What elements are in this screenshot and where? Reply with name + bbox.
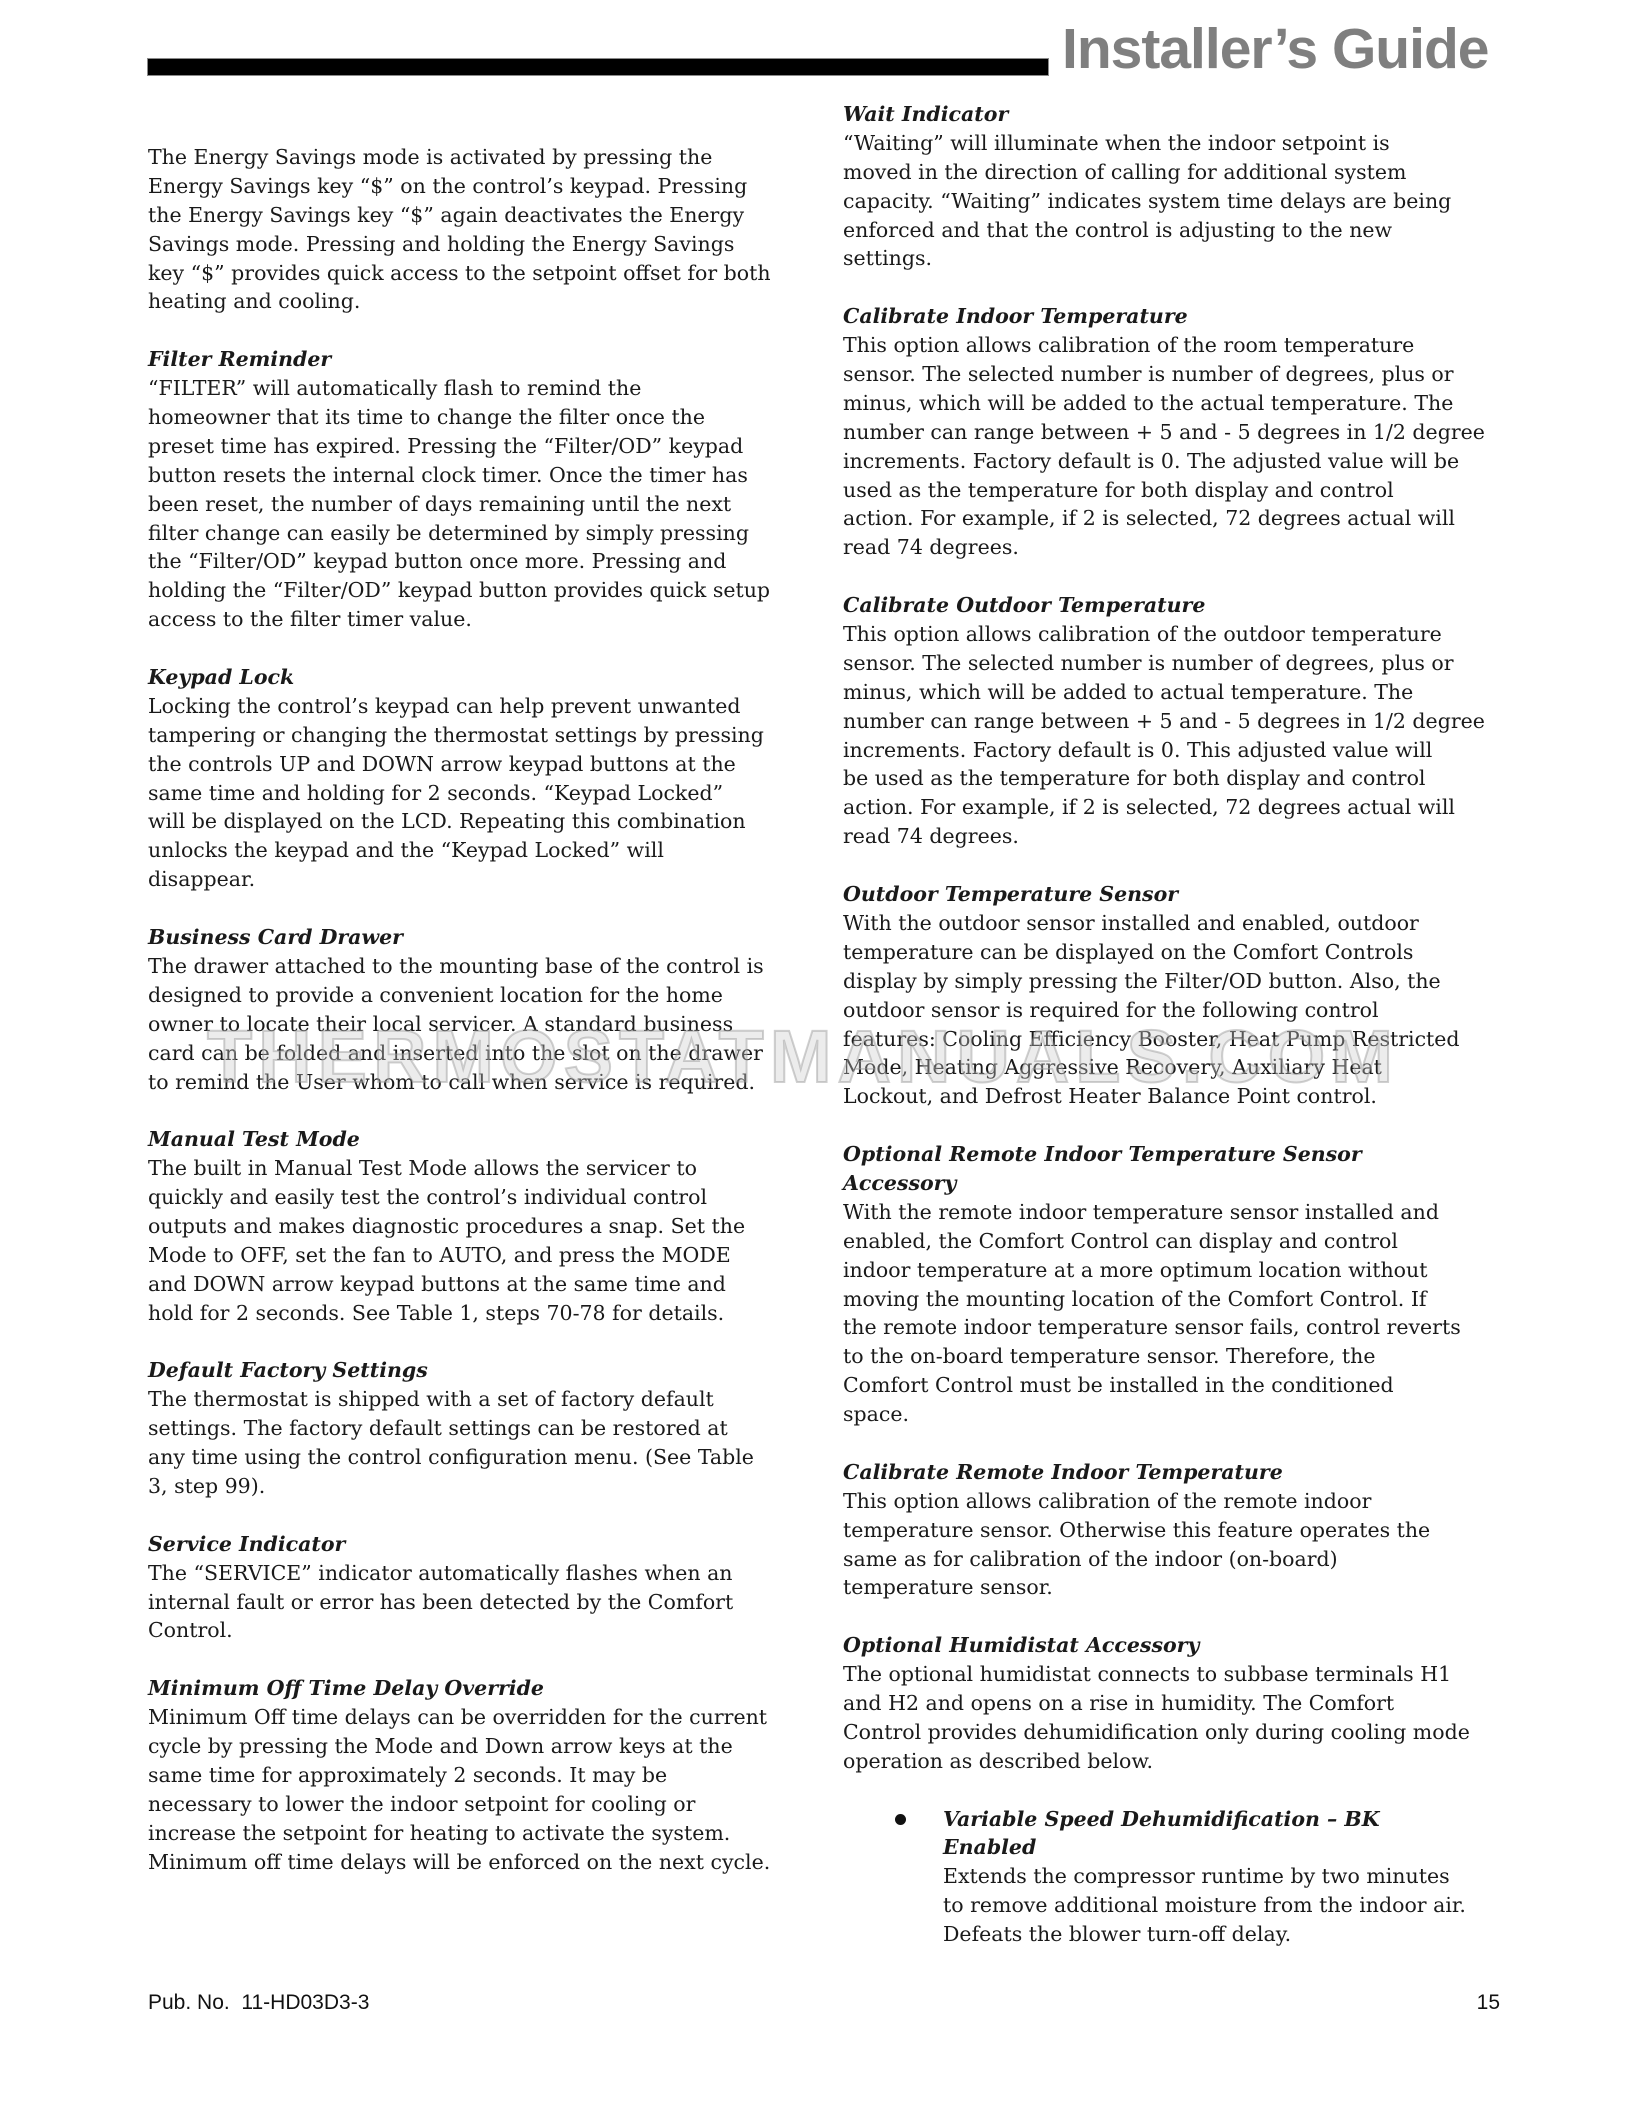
body-line: been reset, the number of days remaining… [148,490,818,519]
body-line: sensor. The selected number is number of… [843,360,1523,389]
body-line: minus, which will be added to the actual… [843,389,1523,418]
body-line: homeowner that its time to change the fi… [148,403,818,432]
body-line: designed to provide a convenient locatio… [148,981,818,1010]
body-line: card can be folded and inserted into the… [148,1039,818,1068]
body-line: read 74 degrees. [843,822,1523,851]
section-minimum-off-time: Minimum Off Time Delay Override Minimum … [148,1674,818,1876]
section-heading: Manual Test Mode [148,1125,818,1154]
body-line: access to the filter timer value. [148,605,818,634]
body-line: and H2 and opens on a rise in humidity. … [843,1689,1523,1718]
body-line: temperature sensor. [843,1573,1523,1602]
body-line: Defeats the blower turn-off delay. [943,1920,1523,1949]
spacer [148,1096,818,1125]
spacer [843,1429,1523,1458]
body-line: the controls UP and DOWN arrow keypad bu… [148,750,818,779]
body-line: With the outdoor sensor installed and en… [843,909,1523,938]
body-line: necessary to lower the indoor setpoint f… [148,1790,818,1819]
section-service-indicator: Service Indicator The “SERVICE” indicato… [148,1530,818,1646]
body-line: display by simply pressing the Filter/OD… [843,967,1523,996]
body-line: same as for calibration of the indoor (o… [843,1545,1523,1574]
spacer [843,1776,1523,1805]
section-heading: Calibrate Remote Indoor Temperature [843,1458,1523,1487]
document-page: Installer’s Guide The Energy Savings mod… [0,0,1632,2112]
page-title: Installer’s Guide [1062,14,1488,84]
body-line: to remove additional moisture from the i… [943,1891,1523,1920]
bullet-dot-icon [895,1814,906,1825]
body-line: Control provides dehumidification only d… [843,1718,1523,1747]
body-line: to the on-board temperature sensor. Ther… [843,1342,1523,1371]
section-heading: Outdoor Temperature Sensor [843,880,1523,909]
body-line: any time using the control configuration… [148,1443,818,1472]
section-manual-test-mode: Manual Test Mode The built in Manual Tes… [148,1125,818,1327]
spacer [843,562,1523,591]
body-line: button resets the internal clock timer. … [148,461,818,490]
section-heading: Default Factory Settings [148,1356,818,1385]
body-line: Minimum off time delays will be enforced… [148,1848,818,1877]
body-line: quickly and easily test the control’s in… [148,1183,818,1212]
body-line: Extends the compressor runtime by two mi… [943,1862,1523,1891]
body-line: disappear. [148,865,818,894]
body-line: increments. Factory default is 0. This a… [843,736,1523,765]
spacer [148,634,818,663]
body-line: temperature sensor. Otherwise this featu… [843,1516,1523,1545]
publication-number: Pub. No. 11-HD03D3-3 [148,1990,369,2016]
body-line: the Energy Savings key “$” again deactiv… [148,201,818,230]
body-line: sensor. The selected number is number of… [843,649,1523,678]
section-business-card-drawer: Business Card Drawer The drawer attached… [148,923,818,1096]
body-line: will be displayed on the LCD. Repeating … [148,807,818,836]
section-filter-reminder: Filter Reminder “FILTER” will automatica… [148,345,818,634]
body-line: be used as the temperature for both disp… [843,764,1523,793]
spacer [148,1645,818,1674]
section-heading: Filter Reminder [148,345,818,374]
spacer [148,1328,818,1357]
spacer [843,1602,1523,1631]
body-line: same time and holding for 2 seconds. “Ke… [148,779,818,808]
body-line: action. For example, if 2 is selected, 7… [843,504,1523,533]
body-line: The built in Manual Test Mode allows the… [148,1154,818,1183]
body-line: action. For example, if 2 is selected, 7… [843,793,1523,822]
section-wait-indicator: Wait Indicator “Waiting” will illuminate… [843,100,1523,273]
bullet-heading: Enabled [943,1833,1523,1862]
body-line: Mode, Heating Aggressive Recovery, Auxil… [843,1053,1523,1082]
body-line: moved in the direction of calling for ad… [843,158,1523,187]
body-line: internal fault or error has been detecte… [148,1588,818,1617]
section-keypad-lock: Keypad Lock Locking the control’s keypad… [148,663,818,894]
body-line: increments. Factory default is 0. The ad… [843,447,1523,476]
body-line: capacity. “Waiting” indicates system tim… [843,187,1523,216]
body-line: space. [843,1400,1523,1429]
body-line: the remote indoor temperature sensor fai… [843,1313,1523,1342]
body-line: This option allows calibration of the ou… [843,620,1523,649]
body-line: read 74 degrees. [843,533,1523,562]
body-line: Comfort Control must be installed in the… [843,1371,1523,1400]
body-line: features: Cooling Efficiency Booster, He… [843,1025,1523,1054]
section-calibrate-outdoor: Calibrate Outdoor Temperature This optio… [843,591,1523,851]
body-line: Mode to OFF, set the fan to AUTO, and pr… [148,1241,818,1270]
bullet-heading: Variable Speed Dehumidification – BK [943,1805,1523,1834]
section-heading: Optional Humidistat Accessory [843,1631,1523,1660]
body-line: indoor temperature at a more optimum loc… [843,1256,1523,1285]
body-line: minus, which will be added to actual tem… [843,678,1523,707]
right-column: Wait Indicator “Waiting” will illuminate… [843,100,1523,1949]
body-line: owner to locate their local servicer. A … [148,1010,818,1039]
body-line: to remind the User whom to call when ser… [148,1068,818,1097]
section-heading: Wait Indicator [843,100,1523,129]
body-line: “Waiting” will illuminate when the indoo… [843,129,1523,158]
body-line: Minimum Off time delays can be overridde… [148,1703,818,1732]
section-outdoor-temperature-sensor: Outdoor Temperature Sensor With the outd… [843,880,1523,1111]
body-line: unlocks the keypad and the “Keypad Locke… [148,836,818,865]
section-heading: Accessory [843,1169,1523,1198]
body-line: “FILTER” will automatically flash to rem… [148,374,818,403]
body-line: settings. [843,244,1523,273]
body-line: outputs and makes diagnostic procedures … [148,1212,818,1241]
body-line: Energy Savings key “$” on the control’s … [148,172,818,201]
section-heading: Calibrate Indoor Temperature [843,302,1523,331]
body-line: key “$” provides quick access to the set… [148,259,818,288]
body-line: heating and cooling. [148,287,818,316]
body-line: operation as described below. [843,1747,1523,1776]
spacer [843,1111,1523,1140]
section-heading: Optional Remote Indoor Temperature Senso… [843,1140,1523,1169]
spacer [148,1501,818,1530]
body-line: The Energy Savings mode is activated by … [148,143,818,172]
body-line: preset time has expired. Pressing the “F… [148,432,818,461]
spacer [843,273,1523,302]
body-line: used as the temperature for both display… [843,476,1523,505]
body-line: tampering or changing the thermostat set… [148,721,818,750]
body-line: moving the mounting location of the Comf… [843,1285,1523,1314]
body-line: increase the setpoint for heating to act… [148,1819,818,1848]
body-line: outdoor sensor is required for the follo… [843,996,1523,1025]
section-heading: Keypad Lock [148,663,818,692]
body-line: the “Filter/OD” keypad button once more.… [148,547,818,576]
section-energy-savings: The Energy Savings mode is activated by … [148,143,818,316]
body-line: Locking the control’s keypad can help pr… [148,692,818,721]
body-line: cycle by pressing the Mode and Down arro… [148,1732,818,1761]
body-line: temperature can be displayed on the Comf… [843,938,1523,967]
section-heading: Business Card Drawer [148,923,818,952]
body-line: 3, step 99). [148,1472,818,1501]
spacer [148,894,818,923]
body-line: same time for approximately 2 seconds. I… [148,1761,818,1790]
body-line: holding the “Filter/OD” keypad button pr… [148,576,818,605]
section-heading: Calibrate Outdoor Temperature [843,591,1523,620]
section-heading: Minimum Off Time Delay Override [148,1674,818,1703]
body-line: With the remote indoor temperature senso… [843,1198,1523,1227]
spacer [843,851,1523,880]
body-line: and DOWN arrow keypad buttons at the sam… [148,1270,818,1299]
body-line: This option allows calibration of the re… [843,1487,1523,1516]
section-heading: Service Indicator [148,1530,818,1559]
header-rule [148,59,1048,75]
body-line: Savings mode. Pressing and holding the E… [148,230,818,259]
section-optional-humidistat: Optional Humidistat Accessory The option… [843,1631,1523,1775]
body-line: enforced and that the control is adjusti… [843,216,1523,245]
spacer [148,316,818,345]
bullet-item-variable-speed-dehumidification: Variable Speed Dehumidification – BK Ena… [843,1805,1523,1949]
body-line: Control. [148,1616,818,1645]
section-default-factory-settings: Default Factory Settings The thermostat … [148,1356,818,1500]
section-calibrate-indoor: Calibrate Indoor Temperature This option… [843,302,1523,562]
body-line: Lockout, and Defrost Heater Balance Poin… [843,1082,1523,1111]
body-line: hold for 2 seconds. See Table 1, steps 7… [148,1299,818,1328]
body-line: filter change can easily be determined b… [148,519,818,548]
section-calibrate-remote-indoor: Calibrate Remote Indoor Temperature This… [843,1458,1523,1602]
section-optional-remote-sensor: Optional Remote Indoor Temperature Senso… [843,1140,1523,1429]
body-line: The “SERVICE” indicator automatically fl… [148,1559,818,1588]
body-line: number can range between + 5 and - 5 deg… [843,707,1523,736]
left-column: The Energy Savings mode is activated by … [148,143,818,1876]
body-line: The drawer attached to the mounting base… [148,952,818,981]
body-line: enabled, the Comfort Control can display… [843,1227,1523,1256]
body-line: This option allows calibration of the ro… [843,331,1523,360]
body-line: The optional humidistat connects to subb… [843,1660,1523,1689]
body-line: settings. The factory default settings c… [148,1414,818,1443]
body-line: The thermostat is shipped with a set of … [148,1385,818,1414]
page-number: 15 [1477,1990,1500,2016]
body-line: number can range between + 5 and - 5 deg… [843,418,1523,447]
